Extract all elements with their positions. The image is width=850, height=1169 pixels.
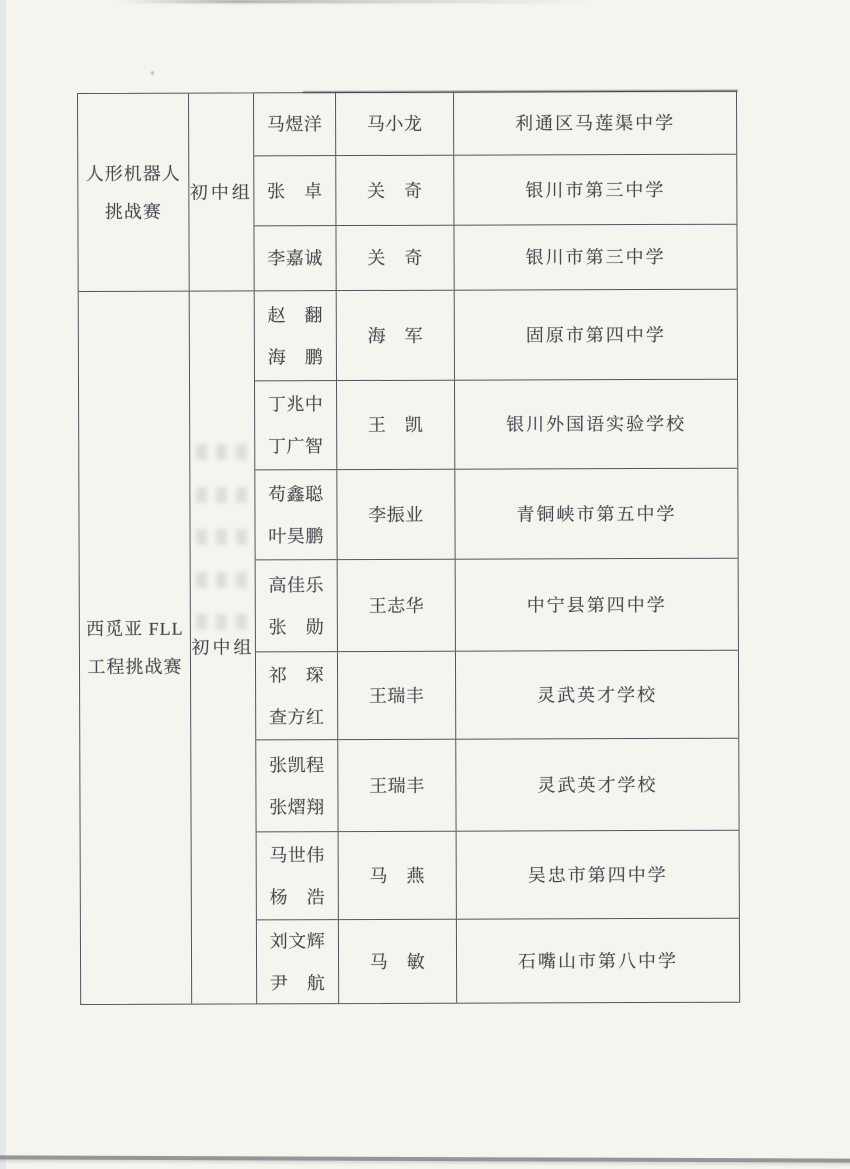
coach-cell: 海 军 [337, 291, 455, 380]
students-cell: 张凯程 张熠翔 [256, 740, 338, 831]
students-cell: 祁 琛 查方红 [256, 652, 338, 739]
coach-cell: 王 凯 [337, 381, 455, 469]
student-name: 马煜洋 [267, 115, 323, 133]
school-cell: 灵武英才学校 [456, 651, 738, 739]
section-rows: 马煜洋 马小龙 利通区马莲渠中学 张 卓 关 奇 银川市第三中学 李嘉诚 关 奇… [254, 92, 737, 291]
table-row: 张凯程 张熠翔 王瑞丰 灵武英才学校 [256, 738, 738, 832]
student-name: 海 鹏 [268, 348, 324, 366]
section-fll-engineering-challenge: 西觅亚 FLL 工程挑战赛 初中组 赵 翻 海 鹏 海 军 固原市第四中学 丁兆… [79, 289, 739, 1004]
school-cell: 青铜峡市第五中学 [455, 469, 737, 559]
school-cell: 石嘴山市第八中学 [457, 919, 739, 1003]
student-name: 赵 翻 [267, 306, 323, 324]
student-name: 查方红 [269, 708, 325, 726]
student-name: 尹 航 [270, 974, 326, 992]
student-name: 丁广智 [268, 437, 324, 455]
school-cell: 固原市第四中学 [455, 290, 737, 380]
students-cell: 李嘉诚 [254, 226, 336, 290]
coach-cell: 马 燕 [339, 832, 457, 919]
section-rows: 赵 翻 海 鹏 海 军 固原市第四中学 丁兆中 丁广智 王 凯 银川外国语实验学… [255, 290, 739, 1004]
student-name: 丁兆中 [268, 395, 324, 413]
coach-cell: 关 奇 [336, 156, 454, 225]
students-cell: 高佳乐 张 勋 [256, 560, 338, 651]
student-name: 马世伟 [269, 846, 325, 864]
school-cell: 利通区马莲渠中学 [454, 92, 736, 155]
students-cell: 苟鑫聪 叶昊鹏 [255, 470, 337, 559]
scan-bottom-edge-line [0, 1155, 850, 1162]
competition-name-cell: 人形机器人 挑战赛 [78, 94, 190, 291]
scan-edge-tint [0, 0, 6, 1169]
student-name: 张 卓 [267, 182, 323, 200]
student-name: 杨 浩 [270, 888, 326, 906]
students-cell: 马煜洋 [254, 93, 336, 155]
section-humanoid-robot-challenge: 人形机器人 挑战赛 初中组 马煜洋 马小龙 利通区马莲渠中学 张 卓 关 奇 银… [78, 92, 737, 291]
student-name: 张凯程 [269, 756, 325, 774]
table-row: 李嘉诚 关 奇 银川市第三中学 [254, 224, 736, 291]
coach-cell: 关 奇 [336, 226, 454, 290]
table-row: 丁兆中 丁广智 王 凯 银川外国语实验学校 [255, 379, 737, 470]
school-cell: 吴忠市第四中学 [457, 831, 739, 919]
school-cell: 灵武英才学校 [456, 739, 738, 831]
competition-name-cell: 西觅亚 FLL 工程挑战赛 [79, 292, 192, 1004]
student-name: 李嘉诚 [267, 249, 323, 267]
school-cell: 银川市第三中学 [454, 225, 736, 290]
competition-name-line: 挑战赛 [105, 202, 162, 220]
table-row: 刘文辉 尹 航 马 敏 石嘴山市第八中学 [257, 918, 739, 1004]
student-name: 张 勋 [269, 618, 325, 636]
students-cell: 丁兆中 丁广智 [255, 381, 337, 469]
students-cell: 刘文辉 尹 航 [257, 920, 339, 1003]
school-cell: 中宁县第四中学 [456, 559, 738, 651]
group-cell: 初中组 [190, 291, 257, 1003]
students-cell: 赵 翻 海 鹏 [255, 291, 337, 380]
table-row: 马煜洋 马小龙 利通区马莲渠中学 [254, 92, 736, 156]
table-row: 苟鑫聪 叶昊鹏 李振业 青铜峡市第五中学 [255, 468, 737, 560]
student-name: 叶昊鹏 [268, 527, 324, 545]
coach-cell: 李振业 [337, 470, 455, 559]
school-cell: 银川外国语实验学校 [455, 380, 737, 469]
coach-cell: 马小龙 [336, 93, 454, 155]
coach-cell: 王瑞丰 [338, 740, 456, 831]
scan-top-smudge [115, 0, 600, 3]
student-name: 张熠翔 [269, 798, 325, 816]
student-name: 祁 琛 [269, 666, 325, 684]
competition-name-line: 人形机器人 [86, 164, 181, 182]
table-row: 高佳乐 张 勋 王志华 中宁县第四中学 [256, 558, 738, 652]
table-row: 祁 琛 查方红 王瑞丰 灵武英才学校 [256, 650, 738, 740]
school-cell: 银川市第三中学 [454, 155, 736, 225]
results-table: 人形机器人 挑战赛 初中组 马煜洋 马小龙 利通区马莲渠中学 张 卓 关 奇 银… [77, 91, 740, 1005]
coach-cell: 王志华 [338, 560, 456, 651]
student-name: 高佳乐 [268, 576, 324, 594]
coach-cell: 马 敏 [339, 920, 457, 1003]
table-row: 张 卓 关 奇 银川市第三中学 [254, 154, 736, 226]
competition-name-line: 西觅亚 FLL [86, 620, 184, 638]
scan-speckle [151, 71, 154, 75]
student-name: 苟鑫聪 [268, 485, 324, 503]
competition-name-line: 工程挑战赛 [87, 658, 182, 676]
students-cell: 马世伟 杨 浩 [257, 832, 339, 919]
students-cell: 张 卓 [254, 156, 336, 225]
group-cell: 初中组 [189, 93, 255, 290]
coach-cell: 王瑞丰 [338, 652, 456, 739]
table-row: 赵 翻 海 鹏 海 军 固原市第四中学 [255, 290, 737, 381]
student-name: 刘文辉 [270, 932, 326, 950]
table-row: 马世伟 杨 浩 马 燕 吴忠市第四中学 [257, 830, 739, 920]
